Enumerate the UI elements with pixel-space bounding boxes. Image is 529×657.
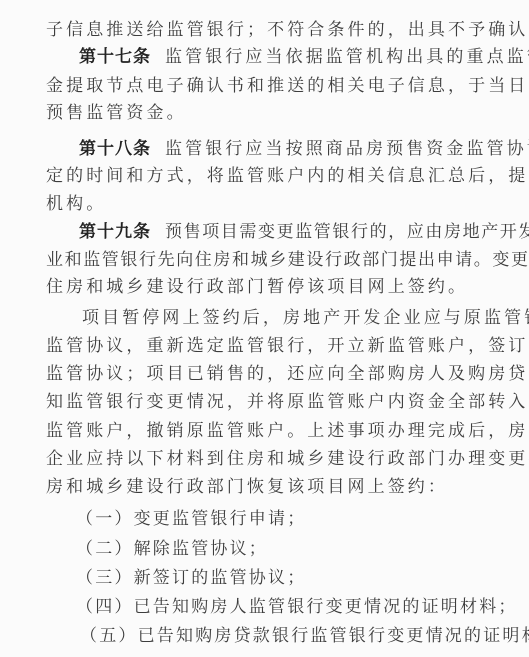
paragraph-line: 住房和城乡建设行政部门暂停该项目网上签约。 <box>46 276 484 298</box>
paragraph-line: 机构。 <box>46 193 484 215</box>
paragraph-line: 定的时间和方式，将监管账户内的相关信息汇总后，提供给监管 <box>46 165 484 187</box>
paragraph-line: 预售监管资金。 <box>46 102 484 124</box>
list-item: （四）已告知购房人监管银行变更情况的证明材料； <box>76 596 514 618</box>
article-19-line: 第十九条预售项目需变更监管银行的，应由房地产开发企 <box>79 221 484 243</box>
paragraph-line: 子信息推送给监管银行；不符合条件的，出具不予确认通知书。 <box>46 19 484 41</box>
list-item: （五）已告知购房贷款银行监管银行变更情况的证明材料； <box>80 625 518 647</box>
paragraph-line: 监管账户，撤销原监管账户。上述事项办理完成后，房地产开发 <box>46 420 484 442</box>
list-item: （二）解除监管协议； <box>76 538 514 560</box>
document-page: 子信息推送给监管银行；不符合条件的，出具不予确认通知书。 第十七条监管银行应当依… <box>0 0 529 657</box>
article-heading: 第十七条 <box>79 47 151 67</box>
paragraph-line: 企业应持以下材料到住房和城乡建设行政部门办理变更手续，住 <box>46 448 484 470</box>
paragraph-line: 知监管银行变更情况，并将原监管账户内资金全部转入新开立的 <box>46 391 484 413</box>
paragraph-line: 金提取节点电子确认书和推送的相关电子信息，于当日拨付每笔 <box>46 75 484 97</box>
article-text: 监管银行应当按照商品房预售资金监管协议约 <box>165 139 529 159</box>
paragraph-line: 监管协议，重新选定监管银行，开立新监管账户，签订预售资金 <box>46 335 484 357</box>
article-18-line: 第十八条监管银行应当按照商品房预售资金监管协议约 <box>79 138 484 160</box>
paragraph-line: 业和监管银行先向住房和城乡建设行政部门提出申请。变更期间， <box>46 249 484 271</box>
list-item: （一）变更监管银行申请； <box>76 508 514 530</box>
article-text: 预售项目需变更监管银行的，应由房地产开发企 <box>165 222 529 242</box>
article-heading: 第十九条 <box>79 222 151 242</box>
article-17-line: 第十七条监管银行应当依据监管机构出具的重点监管资 <box>79 46 484 68</box>
paragraph-line: 项目暂停网上签约后，房地产开发企业应与原监管银行解除 <box>82 307 484 329</box>
paragraph-line: 房和城乡建设行政部门恢复该项目网上签约： <box>46 476 484 498</box>
article-text: 监管银行应当依据监管机构出具的重点监管资 <box>165 47 529 67</box>
paragraph-line: 监管协议；项目已销售的，还应向全部购房人及购房贷款银行告 <box>46 363 484 385</box>
article-heading: 第十八条 <box>79 139 151 159</box>
list-item: （三）新签订的监管协议； <box>76 567 514 589</box>
